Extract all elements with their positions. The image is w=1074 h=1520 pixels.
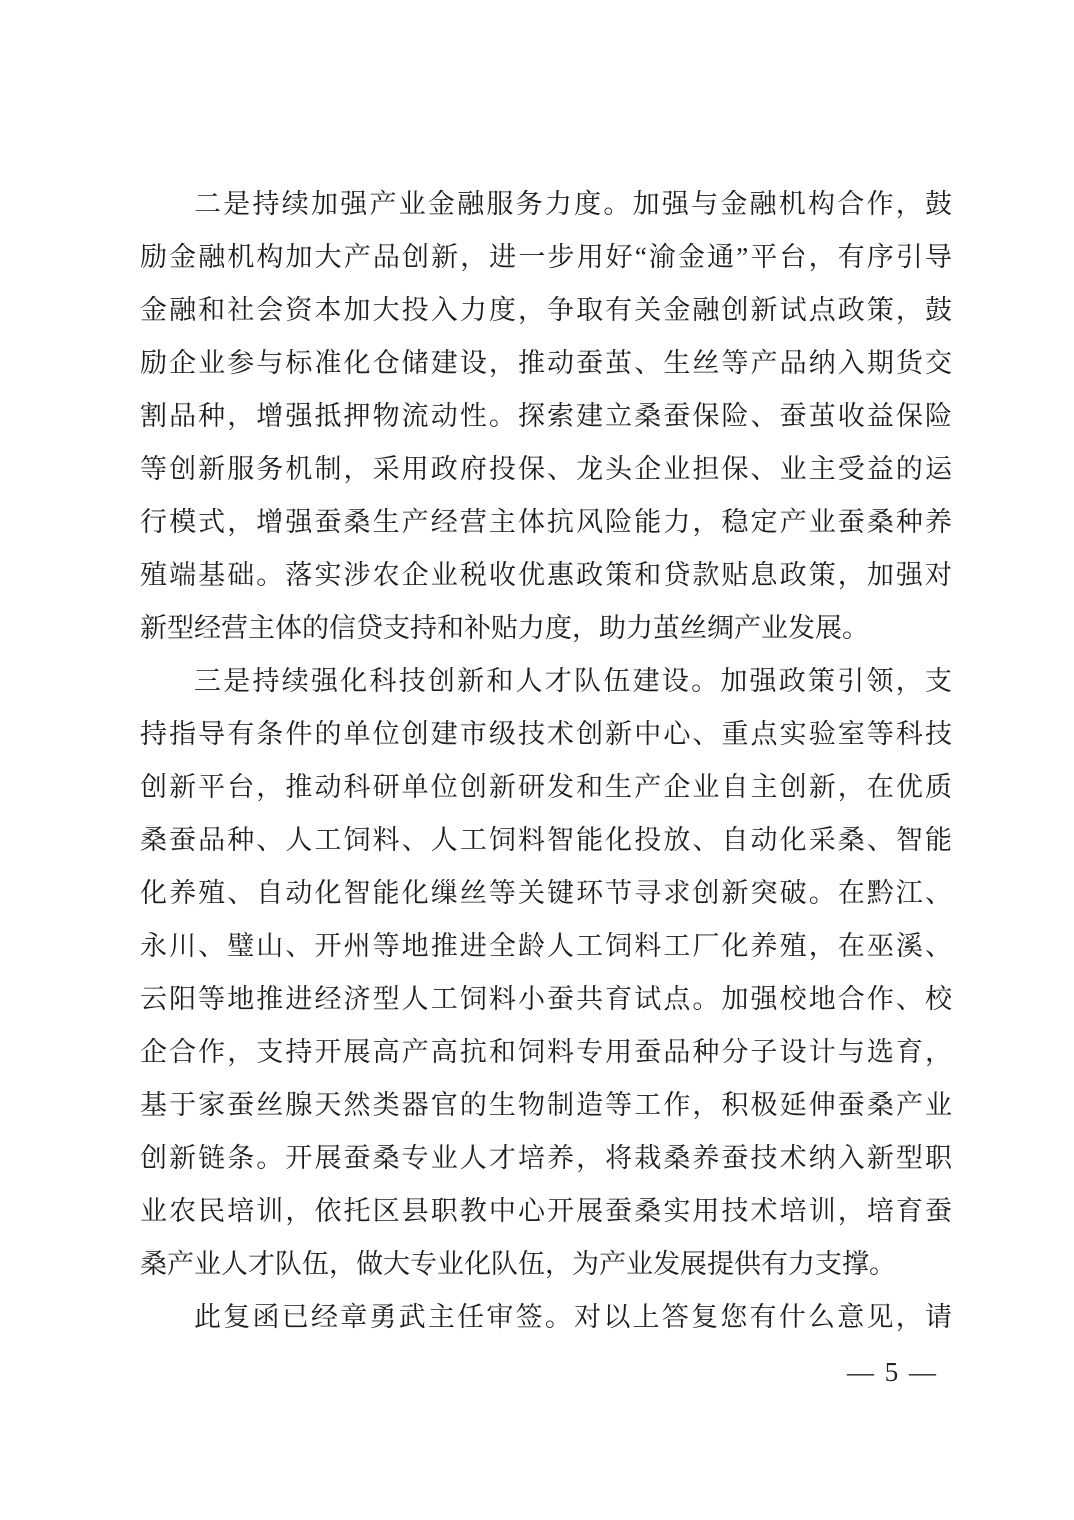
text-line: 殖端基础。落实涉农企业税收优惠政策和贷款贴息政策，加强对	[140, 549, 952, 602]
text-line: 创新链条。开展蚕桑专业人才培养，将栽桑养蚕技术纳入新型职	[140, 1132, 952, 1185]
text-line: 基于家蚕丝腺天然类器官的生物制造等工作，积极延伸蚕桑产业	[140, 1079, 952, 1132]
text-line: 励金融机构加大产品创新，进一步用好“渝金通”平台，有序引导	[140, 231, 952, 284]
text-line: 新型经营主体的信贷支持和补贴力度，助力茧丝绸产业发展。	[140, 602, 952, 655]
page-number: — 5 —	[847, 1352, 938, 1392]
text-line: 励企业参与标准化仓储建设，推动蚕茧、生丝等产品纳入期货交	[140, 337, 952, 390]
text-line: 创新平台，推动科研单位创新研发和生产企业自主创新，在优质	[140, 761, 952, 814]
text-line: 行模式，增强蚕桑生产经营主体抗风险能力，稳定产业蚕桑种养	[140, 496, 952, 549]
text-line: 三是持续强化科技创新和人才队伍建设。加强政策引领，支	[140, 655, 952, 708]
text-line: 金融和社会资本加大投入力度，争取有关金融创新试点政策，鼓	[140, 284, 952, 337]
text-line: 永川、璧山、开州等地推进全龄人工饲料工厂化养殖，在巫溪、	[140, 920, 952, 973]
text-line: 化养殖、自动化智能化缫丝等关键环节寻求创新突破。在黔江、	[140, 867, 952, 920]
text-line: 持指导有条件的单位创建市级技术创新中心、重点实验室等科技	[140, 708, 952, 761]
text-line: 此复函已经章勇武主任审签。对以上答复您有什么意见，请	[140, 1291, 952, 1344]
text-line: 等创新服务机制，采用政府投保、龙头企业担保、业主受益的运	[140, 443, 952, 496]
paragraph-closing: 此复函已经章勇武主任审签。对以上答复您有什么意见，请	[140, 1291, 952, 1344]
paragraph-tech-talent: 三是持续强化科技创新和人才队伍建设。加强政策引领，支 持指导有条件的单位创建市级…	[140, 655, 952, 1291]
document-body: 二是持续加强产业金融服务力度。加强与金融机构合作，鼓 励金融机构加大产品创新，进…	[140, 178, 952, 1344]
paragraph-finance-support: 二是持续加强产业金融服务力度。加强与金融机构合作，鼓 励金融机构加大产品创新，进…	[140, 178, 952, 655]
text-line: 二是持续加强产业金融服务力度。加强与金融机构合作，鼓	[140, 178, 952, 231]
text-line: 桑产业人才队伍，做大专业化队伍，为产业发展提供有力支撑。	[140, 1238, 952, 1291]
text-line: 割品种，增强抵押物流动性。探索建立桑蚕保险、蚕茧收益保险	[140, 390, 952, 443]
text-line: 企合作，支持开展高产高抗和饲料专用蚕品种分子设计与选育，	[140, 1026, 952, 1079]
text-line: 云阳等地推进经济型人工饲料小蚕共育试点。加强校地合作、校	[140, 973, 952, 1026]
text-line: 业农民培训，依托区县职教中心开展蚕桑实用技术培训，培育蚕	[140, 1185, 952, 1238]
text-line: 桑蚕品种、人工饲料、人工饲料智能化投放、自动化采桑、智能	[140, 814, 952, 867]
